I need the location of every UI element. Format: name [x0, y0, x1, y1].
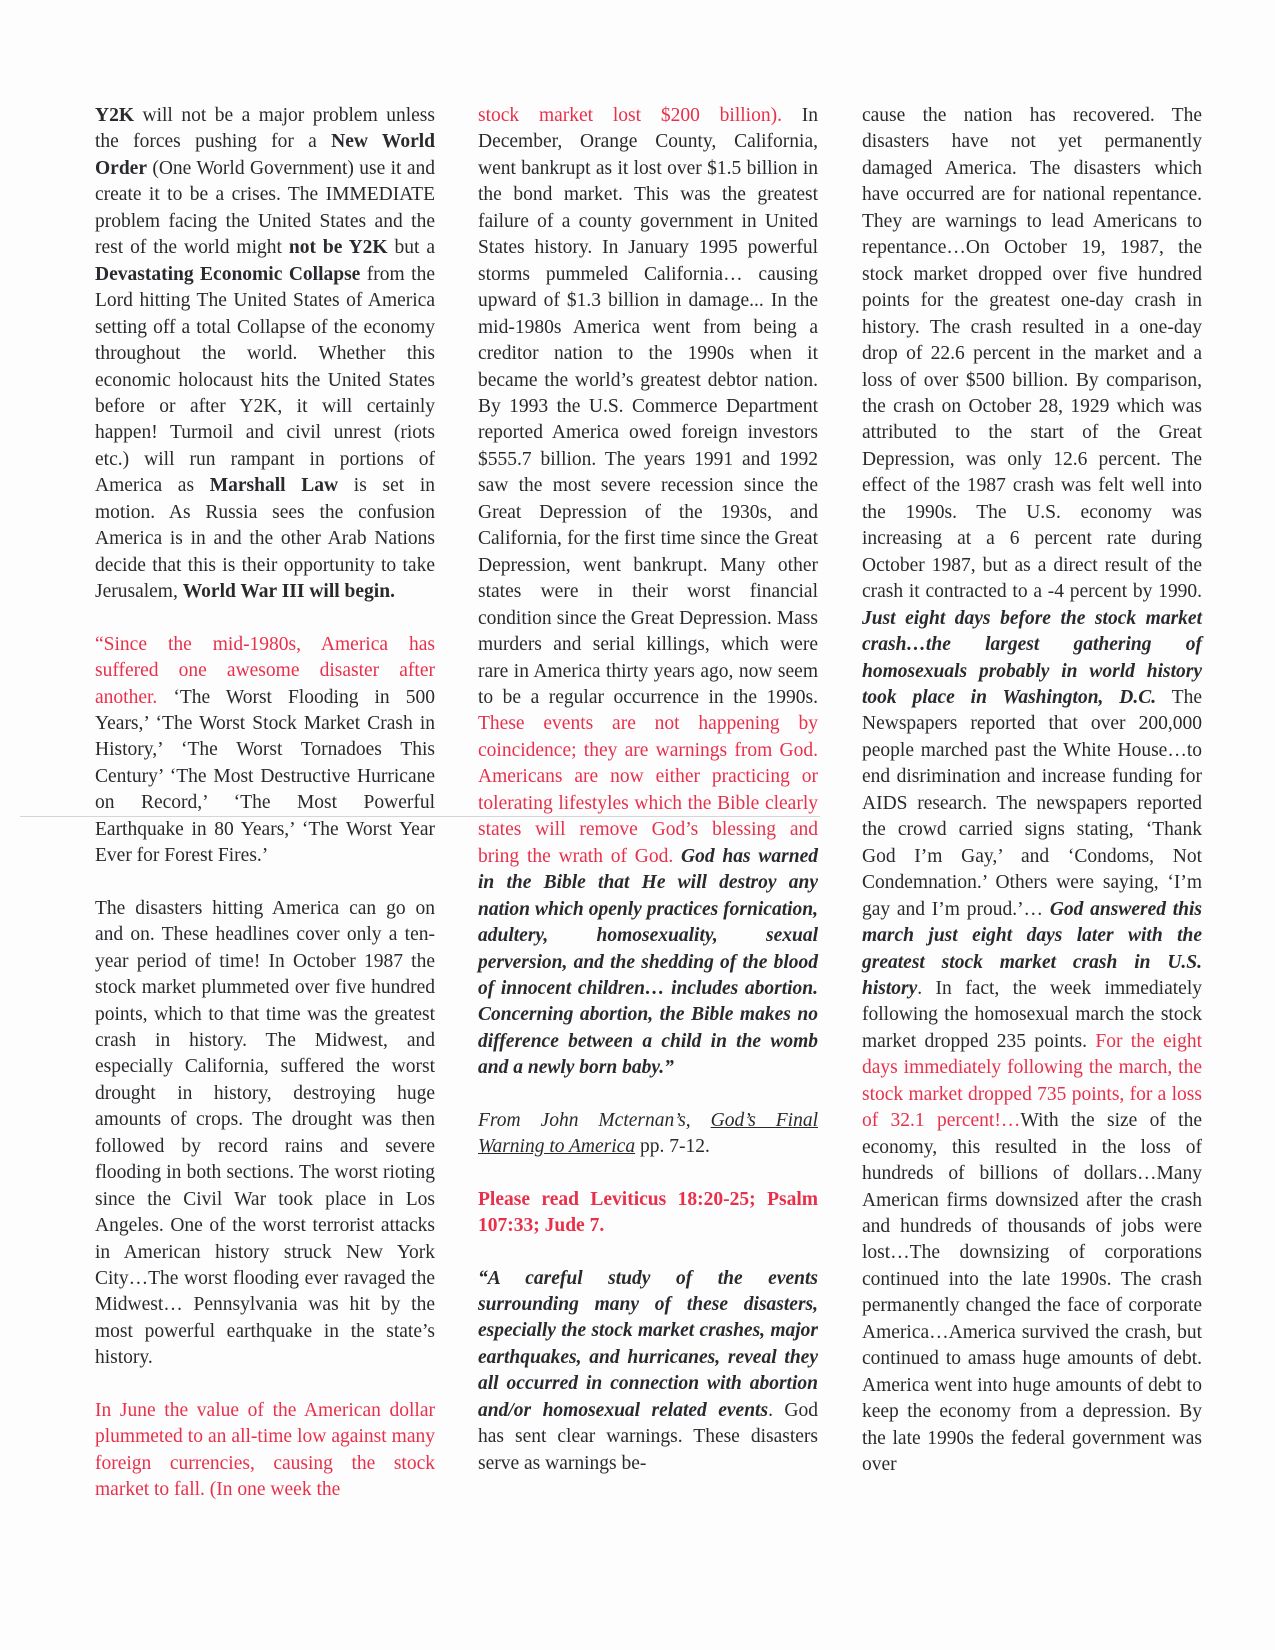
text-run: cause the nation has recovered. The disa… [862, 105, 1202, 602]
highlighted-text: stock market lost $200 billion). [478, 105, 782, 126]
text-run: The Newspapers reported that over 200,00… [862, 687, 1202, 920]
text-run: In December, Orange County, California, … [478, 105, 818, 708]
emphasis-text: Just eight days before the stock market … [862, 608, 1202, 708]
text-column-2: stock market lost $200 billion). In Dece… [478, 103, 818, 1503]
text-column-3: cause the nation has recovered. The disa… [862, 103, 1202, 1505]
scripture-reference: Please read Leviticus 18:20-25; Psalm 10… [478, 1189, 818, 1236]
paragraph: From John Mcternan’s, God’s Final Warnin… [478, 1108, 818, 1161]
text-run: but a [388, 237, 435, 258]
bold-text: not be Y2K [289, 237, 388, 258]
paragraph: “A careful study of the events surroundi… [478, 1266, 818, 1478]
paragraph: Y2K will not be a major problem unless t… [95, 103, 435, 606]
highlighted-text: These events are not happening by coinci… [478, 713, 818, 866]
highlighted-text: In June the value of the American dollar… [95, 1400, 435, 1500]
bold-text: Devastating Economic Collapse [95, 264, 360, 285]
text-run: from the Lord hitting The United States … [95, 264, 435, 497]
text-run [673, 846, 681, 867]
emphasis-text: God has warned in the Bible that He will… [478, 846, 818, 1079]
paragraph: “Since the mid-1980s, America has suffer… [95, 632, 435, 870]
text-run: With the size of the economy, this resul… [862, 1110, 1202, 1475]
citation-text: From John Mcternan’s, [478, 1110, 711, 1131]
text-run: pp. 7-12. [635, 1136, 710, 1157]
text-run: The disasters hitting America can go on … [95, 898, 435, 1369]
document-page: Y2K will not be a major problem unless t… [0, 0, 1275, 1650]
emphasis-text: “A careful study of the events surroundi… [478, 1268, 818, 1421]
text-column-1: Y2K will not be a major problem unless t… [95, 103, 435, 1530]
bold-text: World War III will begin. [183, 581, 395, 602]
paragraph: The disasters hitting America can go on … [95, 896, 435, 1372]
text-run: ‘The Worst Flooding in 500 Years,’ ‘The … [95, 687, 435, 867]
paragraph: In June the value of the American dollar… [95, 1398, 435, 1504]
paragraph: cause the nation has recovered. The disa… [862, 103, 1202, 1479]
paragraph: Please read Leviticus 18:20-25; Psalm 10… [478, 1187, 818, 1240]
paragraph: stock market lost $200 billion). In Dece… [478, 103, 818, 1082]
bold-text: Y2K [95, 105, 134, 126]
bold-text: Marshall Law [210, 475, 338, 496]
